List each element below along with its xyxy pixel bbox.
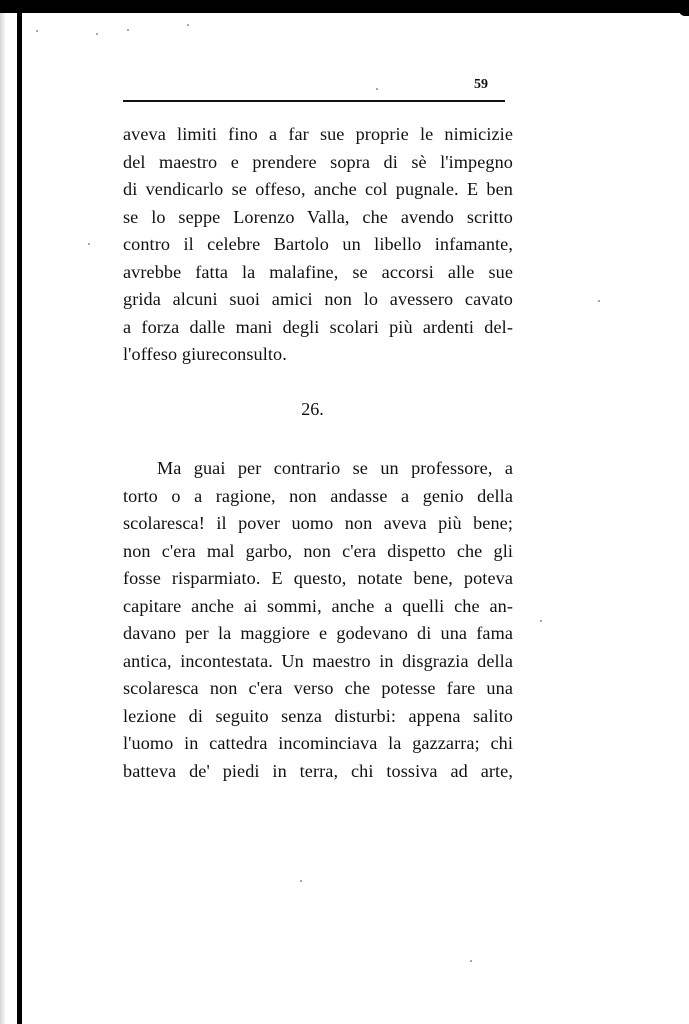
text-line: se lo seppe Lorenzo Valla, che avendo sc… — [123, 204, 513, 232]
scan-speck — [470, 960, 472, 962]
text-line: scolaresca non c'era verso che potesse f… — [123, 675, 513, 703]
section-heading: 26. — [0, 399, 689, 420]
text-line: torto o a ragione, non andasse a genio d… — [123, 483, 513, 511]
text-line: batteva de' piedi in terra, chi tossiva … — [123, 758, 513, 786]
text-line: a forza dalle mani degli scolari più ard… — [123, 314, 513, 342]
scan-left-border — [17, 12, 22, 1024]
scan-binding-shadow — [0, 13, 5, 1024]
scan-speck — [598, 300, 600, 302]
text-line: aveva limiti fino a far sue proprie le n… — [123, 121, 513, 149]
text-line: del maestro e prendere sopra di sè l'imp… — [123, 149, 513, 177]
text-line: davano per la maggiore e godevano di una… — [123, 620, 513, 648]
header-rule — [123, 100, 505, 102]
scan-speck — [36, 30, 38, 32]
scan-top-border — [0, 0, 689, 13]
text-line: grida alcuni suoi amici non lo avessero … — [123, 286, 513, 314]
scan-speck — [96, 33, 98, 35]
text-line: Ma guai per contrario se un professore, … — [123, 455, 513, 483]
scan-speck — [300, 880, 302, 882]
text-line: non c'era mal garbo, non c'era dispetto … — [123, 538, 513, 566]
text-line: di vendicarlo se offeso, anche col pugna… — [123, 176, 513, 204]
scan-speck — [376, 88, 378, 90]
scan-speck — [127, 29, 129, 31]
page-number: 59 — [474, 77, 488, 93]
text-line: antica, incontestata. Un maestro in disg… — [123, 648, 513, 676]
scan-speck — [88, 243, 90, 245]
text-line: l'offeso giureconsulto. — [123, 341, 513, 369]
text-line: l'uomo in cattedra incominciava la gazza… — [123, 730, 513, 758]
scan-corner-mark — [679, 0, 689, 16]
paragraph-continued: aveva limiti fino a far sue proprie le n… — [123, 121, 513, 369]
text-line: fosse risparmiato. E questo, notate bene… — [123, 565, 513, 593]
scan-speck — [540, 620, 542, 622]
text-line: capitare anche ai sommi, anche a quelli … — [123, 593, 513, 621]
text-line: lezione di seguito senza disturbi: appen… — [123, 703, 513, 731]
text-line: scolaresca! il pover uomo non aveva più … — [123, 510, 513, 538]
scan-speck — [187, 24, 189, 26]
paragraph-section-26: Ma guai per contrario se un professore, … — [123, 455, 513, 785]
text-line: avrebbe fatta la malafine, se accorsi al… — [123, 259, 513, 287]
section-number: 26. — [301, 399, 324, 419]
text-line: contro il celebre Bartolo un libello inf… — [123, 231, 513, 259]
